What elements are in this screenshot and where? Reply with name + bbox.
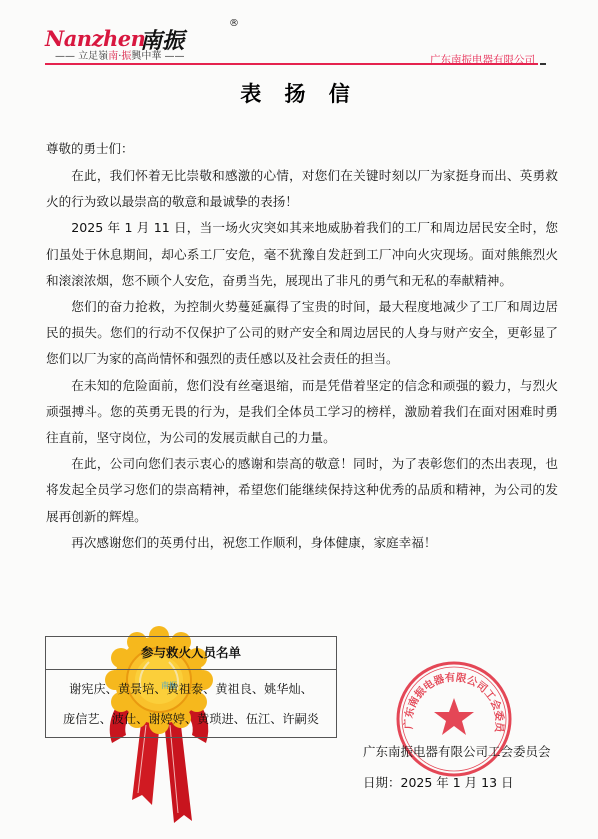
letter-page: Nanzhen 南振 ® —— 立足嶺南·振興中華 —— 广东南振电器有限公司 … [0, 0, 598, 839]
paragraph: 在此，公司向您们表示衷心的感谢和崇高的敬意！同时，为了表彰您们的杰出表现，也将发… [46, 451, 558, 530]
rescuers-table-header: 参与救火人员名单 [46, 637, 336, 670]
paragraph: 在未知的危险面前，您们没有丝毫退缩，而是凭借着坚定的信念和顽强的毅力，与烈火顽强… [46, 373, 558, 452]
slogan: —— 立足嶺南·振興中華 —— [55, 47, 185, 62]
rescuers-row: 庞信艺、波仕、谢婷婷、黄琐进、伍江、许嗣炎 [46, 710, 336, 727]
paragraph: 您们的奋力抢救，为控制火势蔓延赢得了宝贵的时间，最大程度地减少了工厂和周边居民的… [46, 294, 558, 373]
signature-date: 日期：2025 年 1 月 13 日 [363, 773, 514, 791]
header-divider-end [540, 63, 546, 65]
paragraph: 2025 年 1 月 11 日，当一场火灾突如其来地威胁着我们的工厂和周边居民安… [46, 215, 558, 294]
official-seal-icon: 广东南振电器有限公司工会委员会 [395, 660, 513, 778]
rescuers-row: 谢宪庆、黄景培、黄祖泰、黄祖良、姚华灿、 [46, 680, 336, 697]
salutation: 尊敬的勇士们： [46, 139, 134, 157]
registered-mark-icon: ® [229, 18, 239, 29]
header-divider [45, 63, 538, 65]
document-title: 表 扬 信 [0, 78, 598, 108]
letter-body: 在此，我们怀着无比崇敬和感激的心情，对您们在关键时刻以厂为家挺身而出、英勇救火的… [46, 163, 558, 556]
paragraph: 在此，我们怀着无比崇敬和感激的心情，对您们在关键时刻以厂为家挺身而出、英勇救火的… [46, 163, 558, 215]
rescuers-table: 参与救火人员名单 谢宪庆、黄景培、黄祖泰、黄祖良、姚华灿、 庞信艺、波仕、谢婷婷… [45, 636, 337, 738]
signature-organization: 广东南振电器有限公司工会委员会 [363, 742, 551, 760]
paragraph: 再次感谢您们的英勇付出，祝您工作顺利，身体健康，家庭幸福！ [46, 530, 558, 556]
medal-watermark-text: 南振 [161, 680, 177, 691]
